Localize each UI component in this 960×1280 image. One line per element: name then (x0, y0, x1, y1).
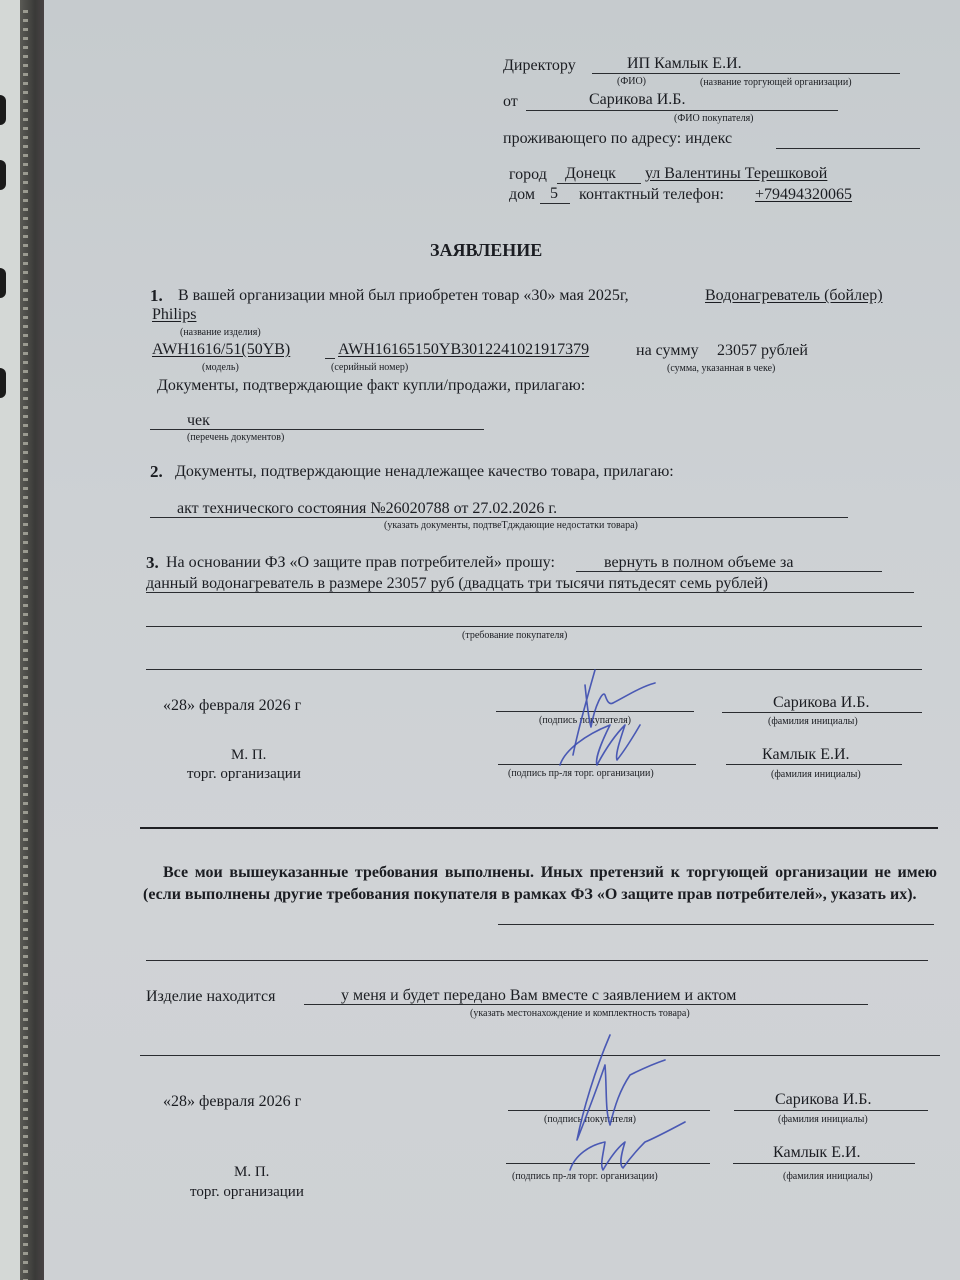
section-divider (140, 827, 938, 829)
org-hint: (название торгующей организации) (700, 77, 852, 88)
buyer-fio-hint: (ФИО покупателя) (674, 113, 754, 124)
sum-label: на сумму (636, 342, 699, 360)
section-1-number: 1. (150, 286, 163, 306)
fio-hint: (ФИО) (617, 76, 646, 87)
product-name-line1: Водонагреватель (бойлер) (705, 287, 883, 305)
from-label: от (503, 93, 518, 111)
street-value: ул Валентины Терешковой (645, 165, 827, 183)
buyer-name-2: Сарикова И.Б. (775, 1091, 871, 1109)
docs-hint: (перечень документов) (187, 432, 284, 443)
director-label: Директору (503, 57, 576, 75)
buyer-name-hint-1: (фамилия инициалы) (768, 716, 858, 727)
seller-name-hint-1: (фамилия инициалы) (771, 769, 861, 780)
house-value: 5 (550, 185, 558, 203)
section-2-text: Документы, подтверждающие ненадлежащее к… (175, 463, 674, 481)
binder-strip (20, 0, 45, 1280)
stamp-label-1: М. П. (231, 747, 266, 764)
location-label: Изделие находится (146, 988, 275, 1006)
seller-name-hint-2: (фамилия инициалы) (783, 1171, 873, 1182)
section-3-text: На основании ФЗ «О защите прав потребите… (166, 554, 555, 572)
product-name-line2: Philips (152, 306, 196, 324)
stamp-org-1: торг. организации (187, 766, 301, 783)
phone-label: контактный телефон: (579, 186, 724, 204)
binder-hole (0, 268, 6, 298)
sum-hint: (сумма, указанная в чеке) (667, 363, 775, 374)
document-title: ЗАЯВЛЕНИЕ (430, 240, 542, 261)
product-hint: (название изделия) (180, 327, 261, 338)
stamp-label-2: М. П. (234, 1164, 269, 1181)
docs-value: чек (187, 412, 210, 430)
from-value: Сарикова И.Б. (589, 91, 685, 109)
binder-hole (0, 95, 6, 125)
city-label: город (509, 166, 547, 184)
docs-label: Документы, подтверждающие факт купли/про… (157, 377, 585, 395)
serial-value: AWH16165150YB3012241021917379 (338, 341, 589, 359)
defect-docs-value: акт технического состояния №26020788 от … (177, 500, 557, 518)
location-hint: (указать местонахождение и комплектность… (470, 1008, 690, 1019)
serial-hint: (серийный номер) (331, 362, 408, 373)
date-1: «28» февраля 2026 г (163, 697, 301, 715)
city-value: Донецк (565, 165, 616, 183)
seller-name-2: Камлык Е.И. (773, 1144, 861, 1162)
date-2: «28» февраля 2026 г (163, 1093, 301, 1111)
section-1-text: В вашей организации мной был приобретен … (178, 287, 629, 305)
buyer-signature-2 (555, 1030, 695, 1180)
section-2-number: 2. (150, 462, 163, 482)
stamp-org-2: торг. организации (190, 1184, 304, 1201)
demand-value-line1: вернуть в полном объеме за (604, 554, 793, 572)
director-value: ИП Камлык Е.И. (627, 55, 742, 73)
binder-hole (0, 368, 6, 398)
binder-sheet-edge (0, 0, 22, 1280)
house-label: дом (509, 186, 535, 204)
buyer-name-1: Сарикова И.Б. (773, 694, 869, 712)
seller-name-1: Камлык Е.И. (762, 746, 850, 764)
sum-value: 23057 рублей (717, 342, 808, 360)
buyer-signature-1 (555, 665, 665, 775)
section-3-number: 3. (146, 553, 159, 573)
model-value: AWH1616/51(50YB) (152, 341, 290, 359)
defect-docs-hint: (указать документы, подтвеТдждающие недо… (384, 520, 638, 531)
model-hint: (модель) (202, 362, 239, 373)
demand-hint: (требование покупателя) (462, 630, 567, 641)
binder-hole (0, 160, 6, 190)
buyer-name-hint-2: (фамилия инициалы) (778, 1114, 868, 1125)
closing-text: Все мои вышеуказанные требования выполне… (143, 862, 937, 906)
demand-value-line2: данный водонагреватель в размере 23057 р… (146, 575, 768, 593)
phone-value: +79494320065 (755, 186, 852, 204)
location-value: у меня и будет передано Вам вместе с зая… (341, 987, 736, 1005)
address-label: проживающего по адресу: индекс (503, 130, 732, 148)
